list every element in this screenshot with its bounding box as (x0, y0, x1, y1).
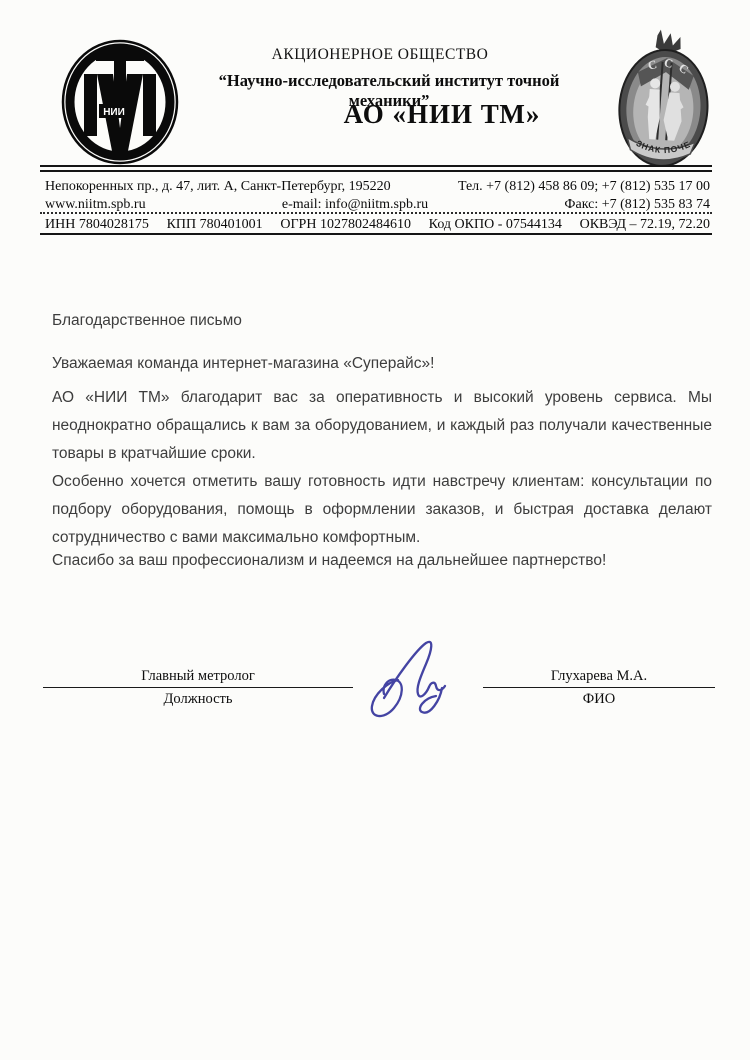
letter-closing: Спасибо за ваш профессионализм и надеемс… (52, 552, 712, 570)
requisites-bottom-rule (40, 233, 712, 235)
dotted-rule (40, 212, 712, 214)
signer-name: Глухарева М.А. (483, 668, 715, 685)
email-text: e-mail: info@niitm.spb.ru (282, 197, 428, 213)
header-double-rule (40, 165, 712, 172)
ogrn-text: ОГРН 1027802484610 (280, 217, 411, 233)
paragraph-line: Особенно хочется отметить вашу готовност… (52, 468, 712, 496)
contact-row-2: www.niitm.spb.ru e-mail: info@niitm.spb.… (45, 197, 710, 213)
znak-pocheta-badge-icon: СССР ЗНАК ПОЧЕТА (616, 28, 712, 172)
website-text: www.niitm.spb.ru (45, 197, 146, 213)
inn-text: ИНН 7804028175 (45, 217, 149, 233)
okved-text: ОКВЭД – 72.19, 72.20 (580, 217, 710, 233)
paragraph-line: сотрудничество с вами максимально комфор… (52, 524, 712, 552)
signer-position: Главный метролог (43, 668, 353, 685)
scanned-letter-page: НИИ АКЦИОНЕРНОЕ ОБЩЕСТВО “Научно-исследо… (0, 0, 750, 1060)
position-label: Должность (43, 691, 353, 708)
paragraph-line: АО «НИИ ТМ» благодарит вас за оперативно… (52, 384, 712, 412)
kpp-text: КПП 780401001 (167, 217, 263, 233)
paragraph-line: неоднократно обращались к вам за оборудо… (52, 412, 712, 440)
letter-paragraph-2: Особенно хочется отметить вашу готовност… (52, 468, 712, 552)
address-text: Непокоренных пр., д. 47, лит. А, Санкт-П… (45, 179, 391, 195)
letter-paragraph-1: АО «НИИ ТМ» благодарит вас за оперативно… (52, 384, 712, 468)
contact-row-1: Непокоренных пр., д. 47, лит. А, Санкт-П… (45, 179, 710, 195)
fax-text: Факс: +7 (812) 535 83 74 (564, 197, 710, 213)
org-short-name: АО «НИИ ТМ» (242, 99, 642, 130)
letter-title: Благодарственное письмо (52, 312, 712, 330)
letter-greeting: Уважаемая команда интернет-магазина «Суп… (52, 355, 712, 373)
phone-text: Тел. +7 (812) 458 86 09; +7 (812) 535 17… (458, 179, 710, 195)
paragraph-line: товары в кратчайшие сроки. (52, 440, 712, 468)
okpo-text: Код ОКПО - 07544134 (429, 217, 562, 233)
logo-nii-text: НИИ (103, 107, 125, 118)
paragraph-line: подбору оборудования, помощь в оформлени… (52, 496, 712, 524)
niitm-logo-icon: НИИ (60, 38, 180, 166)
org-type-line: АКЦИОНЕРНОЕ ОБЩЕСТВО (180, 46, 580, 64)
name-label: ФИО (483, 691, 715, 708)
requisites-row: ИНН 7804028175 КПП 780401001 ОГРН 102780… (45, 217, 710, 233)
position-signature-line (43, 687, 353, 688)
handwritten-signature-icon (358, 636, 458, 726)
name-signature-line (483, 687, 715, 688)
